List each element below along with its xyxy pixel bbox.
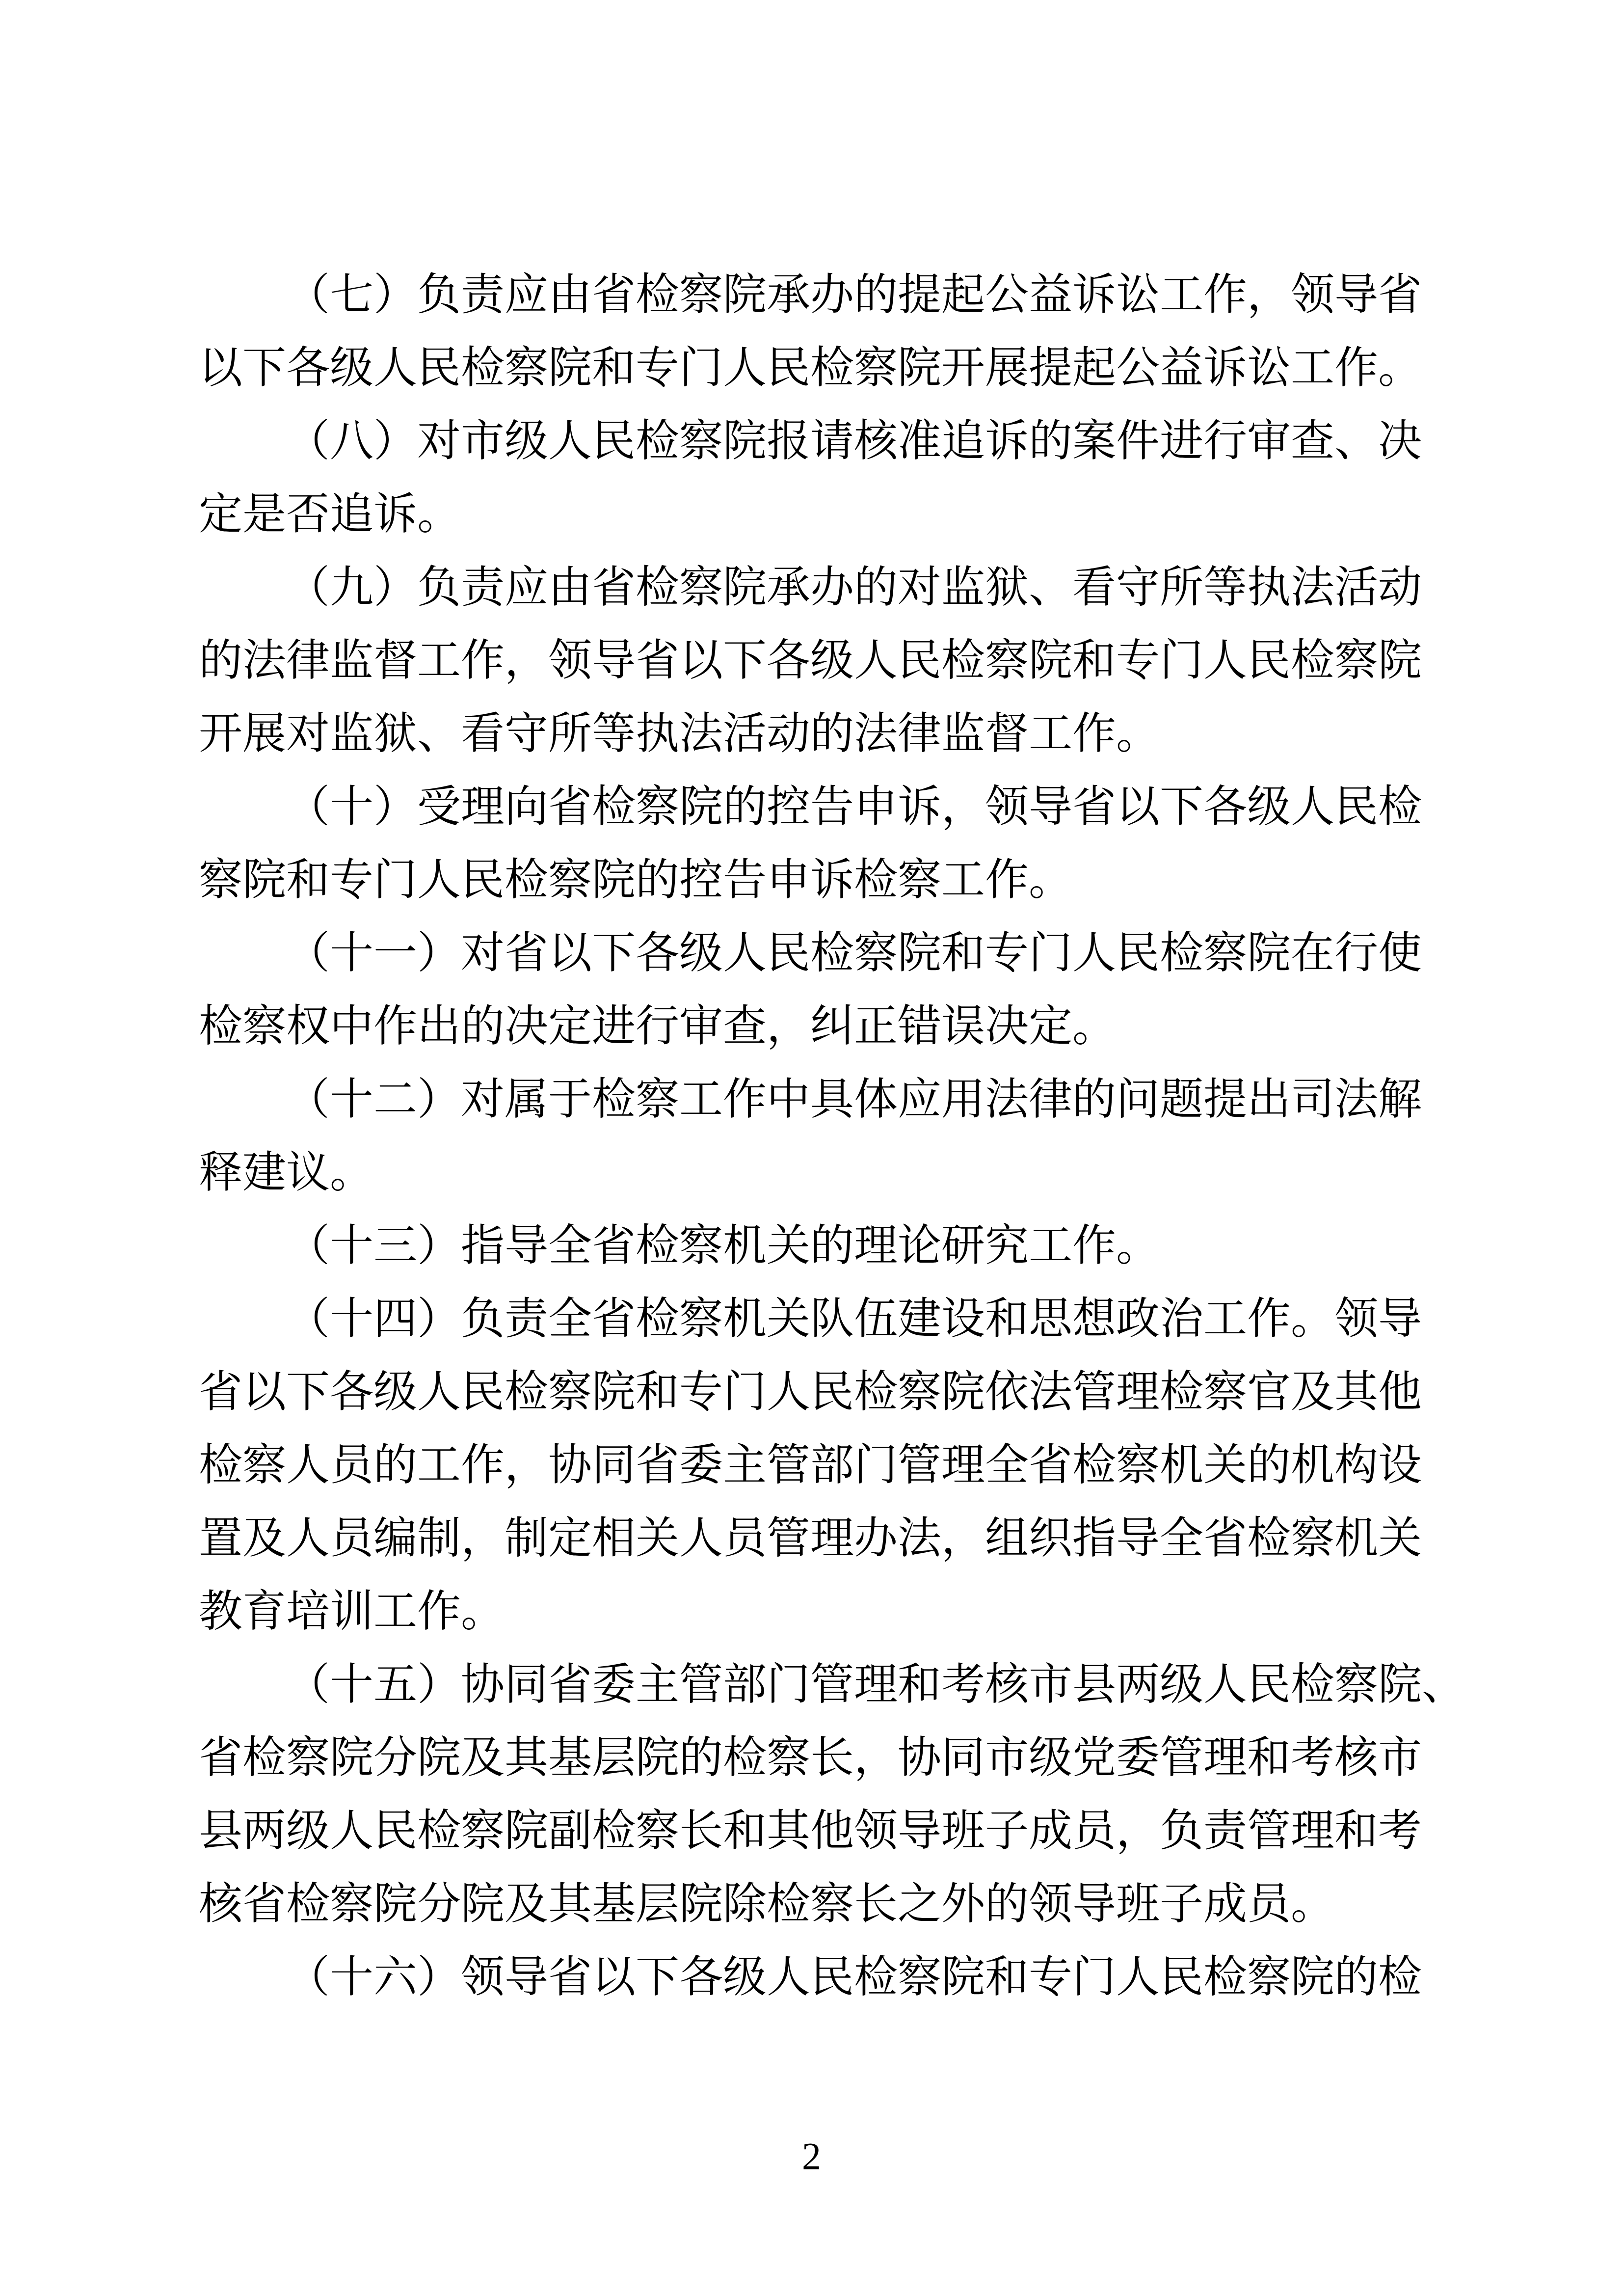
text-line: （十五）协同省委主管部门管理和考核市县两级人民检察院、 [199,1648,1428,1721]
text-line: （九）负责应由省检察院承办的对监狱、看守所等执法活动 [199,550,1428,623]
text-line: 教育培训工作。 [199,1574,1428,1648]
paragraph: （七）负责应由省检察院承办的提起公益诉讼工作，领导省以下各级人民检察院和专门人民… [199,258,1428,404]
paragraph: （十一）对省以下各级人民检察院和专门人民检察院在行使检察权中作出的决定进行审查，… [199,916,1428,1062]
text-line: 置及人员编制，制定相关人员管理办法，组织指导全省检察机关 [199,1501,1428,1574]
text-line: 的法律监督工作，领导省以下各级人民检察院和专门人民检察院 [199,623,1428,697]
text-line: （十三）指导全省检察机关的理论研究工作。 [199,1209,1428,1282]
paragraph: （十）受理向省检察院的控告申诉，领导省以下各级人民检察院和专门人民检察院的控告申… [199,770,1428,916]
text-line: （十一）对省以下各级人民检察院和专门人民检察院在行使 [199,916,1428,989]
text-line: 县两级人民检察院副检察长和其他领导班子成员，负责管理和考 [199,1794,1428,1867]
text-line: 开展对监狱、看守所等执法活动的法律监督工作。 [199,697,1428,770]
document-page: （七）负责应由省检察院承办的提起公益诉讼工作，领导省以下各级人民检察院和专门人民… [0,0,1623,2296]
text-line: 省以下各级人民检察院和专门人民检察院依法管理检察官及其他 [199,1355,1428,1428]
text-line: （十四）负责全省检察机关队伍建设和思想政治工作。领导 [199,1282,1428,1355]
paragraph: （十六）领导省以下各级人民检察院和专门人民检察院的检 [199,1940,1428,2013]
text-line: 省检察院分院及其基层院的检察长，协同市级党委管理和考核市 [199,1721,1428,1794]
text-line: 释建议。 [199,1135,1428,1209]
paragraph: （十五）协同省委主管部门管理和考核市县两级人民检察院、省检察院分院及其基层院的检… [199,1648,1428,1940]
text-line: 核省检察院分院及其基层院除检察长之外的领导班子成员。 [199,1867,1428,1940]
paragraph: （十四）负责全省检察机关队伍建设和思想政治工作。领导省以下各级人民检察院和专门人… [199,1282,1428,1648]
text-line: 察院和专门人民检察院的控告申诉检察工作。 [199,843,1428,916]
text-line: 检察权中作出的决定进行审查，纠正错误决定。 [199,989,1428,1062]
paragraph: （十二）对属于检察工作中具体应用法律的问题提出司法解释建议。 [199,1062,1428,1209]
text-line: （十二）对属于检察工作中具体应用法律的问题提出司法解 [199,1062,1428,1135]
text-line: 定是否追诉。 [199,477,1428,550]
document-body-text: （七）负责应由省检察院承办的提起公益诉讼工作，领导省以下各级人民检察院和专门人民… [199,258,1428,2013]
paragraph: （八）对市级人民检察院报请核准追诉的案件进行审查、决定是否追诉。 [199,404,1428,550]
text-line: （八）对市级人民检察院报请核准追诉的案件进行审查、决 [199,404,1428,477]
paragraph: （十三）指导全省检察机关的理论研究工作。 [199,1209,1428,1282]
text-line: 以下各级人民检察院和专门人民检察院开展提起公益诉讼工作。 [199,331,1428,404]
text-line: 检察人员的工作，协同省委主管部门管理全省检察机关的机构设 [199,1428,1428,1501]
text-line: （十）受理向省检察院的控告申诉，领导省以下各级人民检 [199,770,1428,843]
paragraph: （九）负责应由省检察院承办的对监狱、看守所等执法活动的法律监督工作，领导省以下各… [199,550,1428,770]
text-line: （七）负责应由省检察院承办的提起公益诉讼工作，领导省 [199,258,1428,331]
text-line: （十六）领导省以下各级人民检察院和专门人民检察院的检 [199,1940,1428,2013]
page-number: 2 [0,2136,1623,2176]
